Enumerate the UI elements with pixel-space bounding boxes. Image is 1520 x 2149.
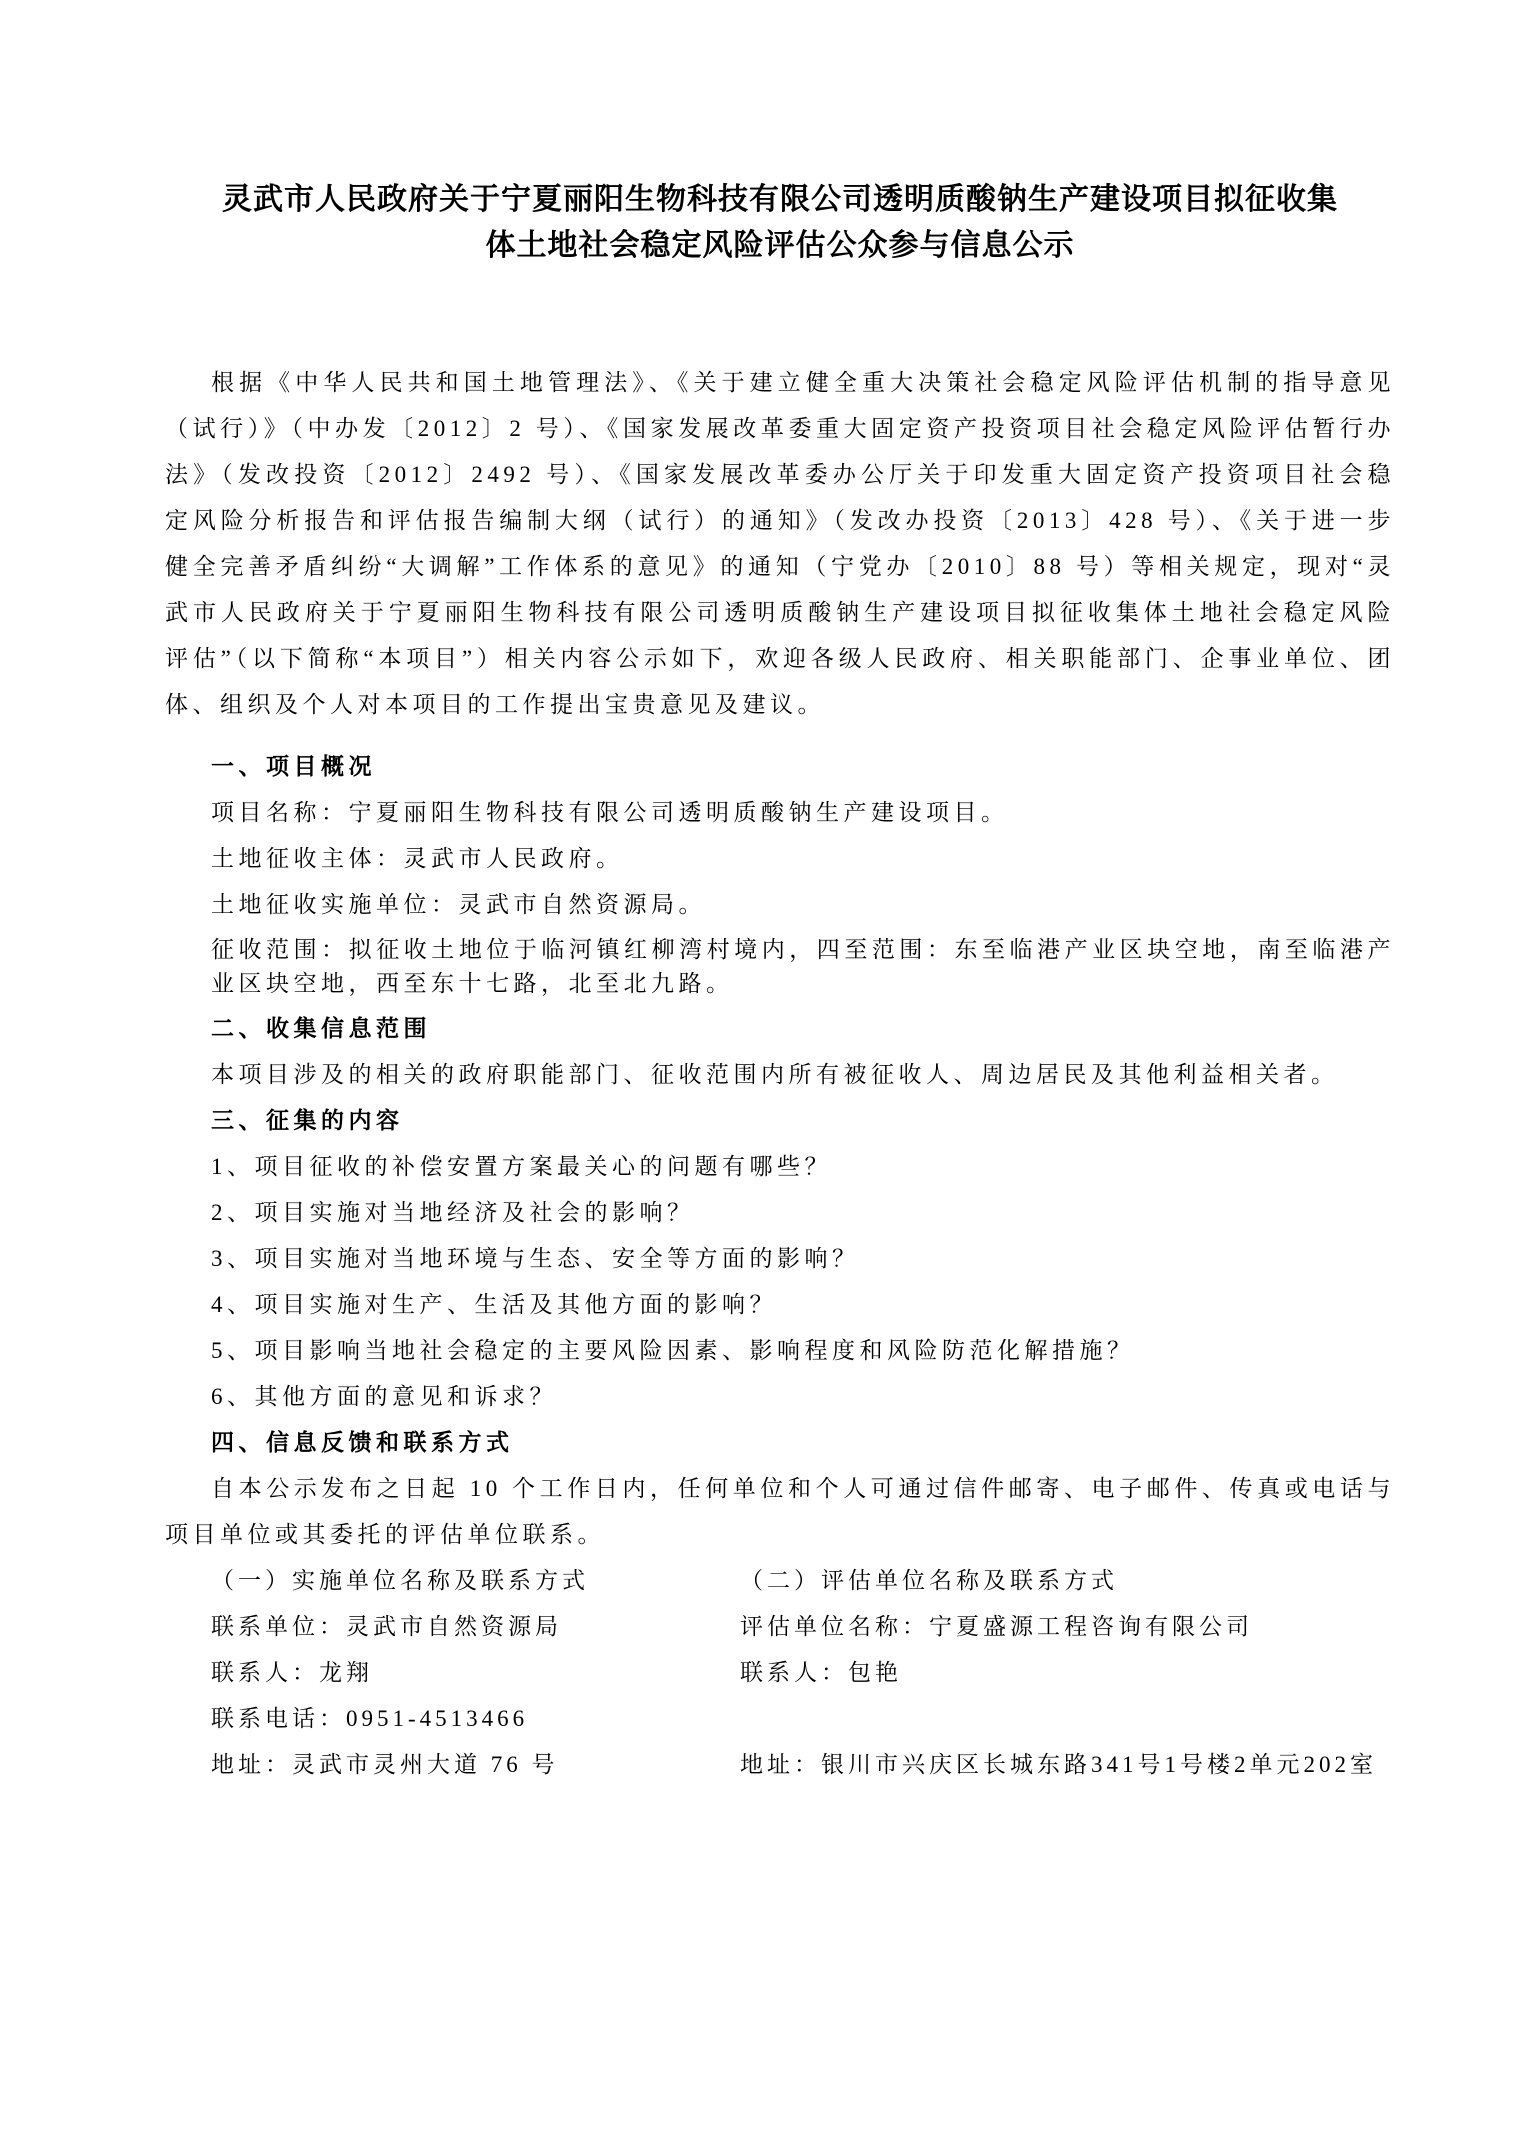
document-content: 灵武市人民政府关于宁夏丽阳生物科技有限公司透明质酸钠生产建设项目拟征收集 体土地… — [0, 0, 1520, 1788]
document-title-line1: 灵武市人民政府关于宁夏丽阳生物科技有限公司透明质酸钠生产建设项目拟征收集 — [165, 177, 1395, 223]
implementing-contact-person: 联系人：龙翔 — [165, 1650, 740, 1696]
land-acquisition-subject-item: 土地征收主体：灵武市人民政府。 — [211, 836, 1395, 882]
collect-item-4: 4、项目实施对生产、生活及其他方面的影响？ — [211, 1282, 1395, 1328]
assessment-contact-phone-empty — [740, 1696, 1395, 1742]
section-3-heading: 三、征集的内容 — [211, 1098, 1395, 1144]
document-title: 灵武市人民政府关于宁夏丽阳生物科技有限公司透明质酸钠生产建设项目拟征收集 体土地… — [165, 177, 1395, 269]
section-4-heading: 四、信息反馈和联系方式 — [211, 1420, 1395, 1466]
collect-item-5: 5、项目影响当地社会稳定的主要风险因素、影响程度和风险防范化解措施？ — [211, 1328, 1395, 1374]
assessment-contact-person: 联系人：包艳 — [740, 1650, 1395, 1696]
document-title-line2: 体土地社会稳定风险评估公众参与信息公示 — [165, 223, 1395, 269]
section-1-heading: 一、项目概况 — [211, 744, 1395, 790]
assessment-unit-address: 地址：银川市兴庆区长城东路341号1号楼2单元202室 — [740, 1742, 1395, 1788]
acquisition-scope-item: 征收范围：拟征收土地位于临河镇红柳湾村境内，四至范围：东至临港产业区块空地，南至… — [211, 933, 1395, 1001]
collect-item-1: 1、项目征收的补偿安置方案最关心的问题有哪些？ — [211, 1144, 1395, 1190]
implementing-agency-item: 土地征收实施单位：灵武市自然资源局。 — [211, 882, 1395, 928]
project-name-item: 项目名称：宁夏丽阳生物科技有限公司透明质酸钠生产建设项目。 — [211, 790, 1395, 836]
assessment-unit-contact-heading: （二）评估单位名称及联系方式 — [740, 1558, 1395, 1604]
document-page: 灵武市人民政府关于宁夏丽阳生物科技有限公司透明质酸钠生产建设项目拟征收集 体土地… — [0, 0, 1520, 2149]
implementing-unit-address: 地址：灵武市灵州大道 76 号 — [165, 1742, 740, 1788]
implementing-unit-contact-heading: （一）实施单位名称及联系方式 — [165, 1558, 740, 1604]
contacts-table: （一）实施单位名称及联系方式 （二）评估单位名称及联系方式 联系单位：灵武市自然… — [165, 1558, 1395, 1788]
section-2-body: 本项目涉及的相关的政府职能部门、征收范围内所有被征收人、周边居民及其他利益相关者… — [211, 1052, 1395, 1098]
feedback-paragraph: 自本公示发布之日起 10 个工作日内，任何单位和个人可通过信件邮寄、电子邮件、传… — [165, 1466, 1395, 1558]
implementing-unit-name: 联系单位：灵武市自然资源局 — [165, 1604, 740, 1650]
collect-item-2: 2、项目实施对当地经济及社会的影响？ — [211, 1190, 1395, 1236]
section-2-heading: 二、收集信息范围 — [211, 1006, 1395, 1052]
collect-item-6: 6、其他方面的意见和诉求？ — [211, 1374, 1395, 1420]
collect-item-3: 3、项目实施对当地环境与生态、安全等方面的影响？ — [211, 1236, 1395, 1282]
implementing-contact-phone: 联系电话：0951-4513466 — [165, 1696, 740, 1742]
assessment-unit-name: 评估单位名称：宁夏盛源工程咨询有限公司 — [740, 1604, 1395, 1650]
intro-paragraph: 根据《中华人民共和国土地管理法》、《关于建立健全重大决策社会稳定风险评估机制的指… — [165, 360, 1395, 728]
